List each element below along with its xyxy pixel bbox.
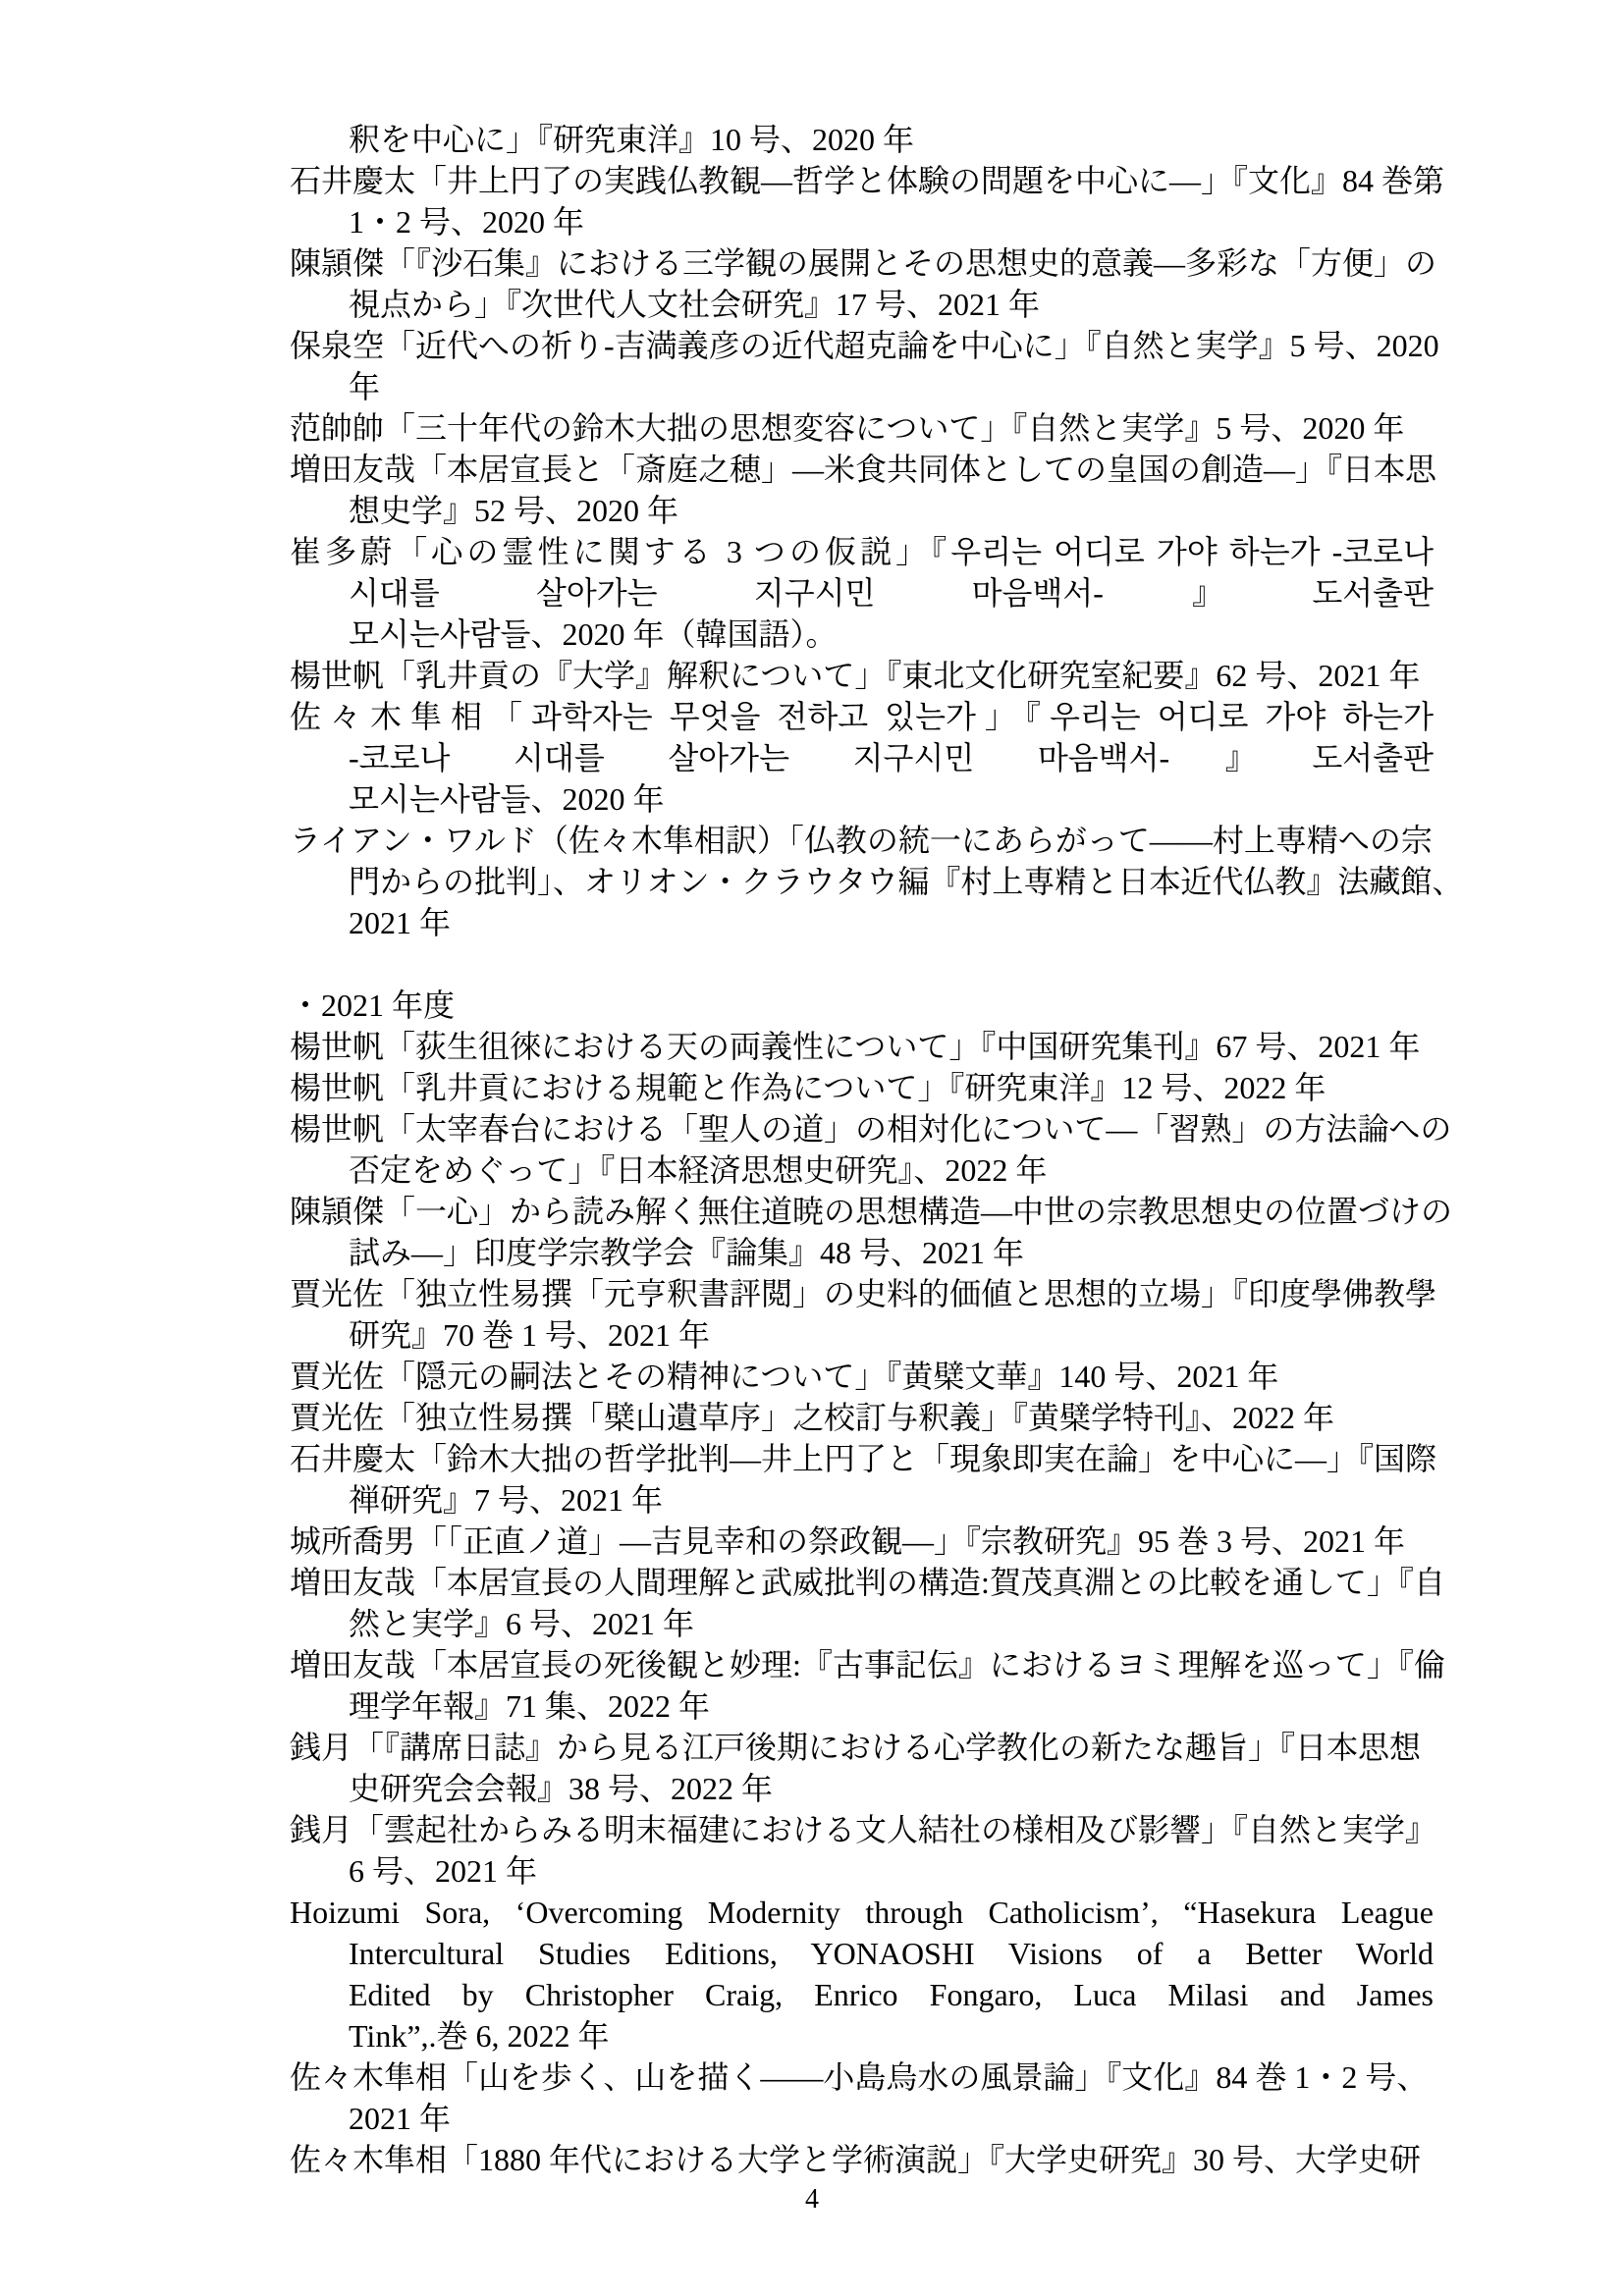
bibliography-line: 1・2 号、2020 年 (349, 201, 1434, 242)
bibliography-line: 石井慶太「鈴木大拙の哲学批判―井上円了と「現象即実在論」を中心に―」『国際 (290, 1438, 1434, 1479)
bibliography-line: 6 号、2021 年 (349, 1850, 1434, 1892)
bibliography-line: 모시는사람들、2020 年 (349, 778, 1434, 820)
bibliography-line: 釈を中心に」『研究東洋』10 号、2020 年 (349, 119, 1434, 160)
bibliography-line: Edited by Christopher Craig, Enrico Fong… (349, 1974, 1434, 2015)
section-heading: ・2021 年度 (290, 985, 1434, 1026)
bibliography-line: 視点から」『次世代人文社会研究』17 号、2021 年 (349, 284, 1434, 325)
bibliography-line: 2021 年 (349, 902, 1434, 943)
bibliography-line: 想史学』52 号、2020 年 (349, 490, 1434, 531)
bibliography-line: -코로나 시대를 살아가는 지구시민 마음백서-』도서출판 (349, 737, 1434, 778)
bibliography-line: 年 (349, 366, 1434, 407)
bibliography-line: 禅研究』7 号、2021 年 (349, 1479, 1434, 1521)
bibliography-line: 賈光佐「独立性易撰「元亨釈書評閲」の史料的価値と思想的立場」『印度學佛教學 (290, 1273, 1434, 1314)
bibliography-line: 崔多蔚「心の霊性に関する 3 つの仮説」『우리는 어디로 가야 하는가 -코로나 (290, 531, 1434, 572)
bibliography-line: 史研究会会報』38 号、2022 年 (349, 1768, 1434, 1809)
bibliography-line: 楊世帆「太宰春台における「聖人の道」の相対化について―「習熟」の方法論への (290, 1108, 1434, 1149)
bibliography-line: 시대를 살아가는 지구시민 마음백서-』도서출판 (349, 572, 1434, 614)
bibliography-line: 増田友哉「本居宣長の死後観と妙理:『古事記伝』におけるヨミ理解を巡って」『倫 (290, 1644, 1434, 1685)
bibliography-line: 佐々木隼相「과학자는 무엇을 전하고 있는가」『우리는 어디로 가야 하는가 (290, 696, 1434, 737)
bibliography-line: 楊世帆「荻生徂徠における天の両義性について」『中国研究集刊』67 号、2021 … (290, 1026, 1434, 1067)
document-page: 釈を中心に」『研究東洋』10 号、2020 年 石井慶太「井上円了の実践仏教観―… (0, 0, 1624, 2296)
bibliography-line: 佐々木隼相「山を歩く、山を描く――小島烏水の風景論」『文化』84 巻 1・2 号… (290, 2056, 1434, 2098)
bibliography-line: ライアン・ワルド（佐々木隼相訳）「仏教の統一にあらがって――村上専精への宗 (290, 820, 1434, 861)
bibliography-line: 佐々木隼相「1880 年代における大学と学術演説」『大学史研究』30 号、大学史… (290, 2139, 1434, 2180)
bibliography-line: 門からの批判」、オリオン・クラウタウ編『村上専精と日本近代仏教』法藏館、 (349, 861, 1434, 902)
bibliography-list: 釈を中心に」『研究東洋』10 号、2020 年 石井慶太「井上円了の実践仏教観―… (290, 119, 1434, 2180)
bibliography-line: 保泉空「近代への祈り-吉満義彦の近代超克論を中心に」『自然と実学』5 号、202… (290, 325, 1434, 366)
bibliography-line: Intercultural Studies Editions, YONAOSHI… (349, 1933, 1434, 1974)
bibliography-line: 城所喬男「「正直ノ道」―吉見幸和の祭政観―」『宗教研究』95 巻 3 号、202… (290, 1521, 1434, 1562)
bibliography-line: 楊世帆「乳井貢の『大学』解釈について」『東北文化研究室紀要』62 号、2021 … (290, 655, 1434, 696)
bibliography-line: 増田友哉「本居宣長の人間理解と武威批判の構造:賀茂真淵との比較を通して」『自 (290, 1562, 1434, 1603)
bibliography-line: 賈光佐「隠元の嗣法とその精神について」『黄檗文華』140 号、2021 年 (290, 1356, 1434, 1397)
bibliography-line: 研究』70 巻 1 号、2021 年 (349, 1314, 1434, 1356)
bibliography-line: 増田友哉「本居宣長と「斎庭之穂」―米食共同体としての皇国の創造―」『日本思 (290, 449, 1434, 490)
bibliography-line: 銭月「『講席日誌』から見る江戸後期における心学教化の新たな趣旨」『日本思想 (290, 1727, 1434, 1768)
bibliography-line: Hoizumi Sora, ‘Overcoming Modernity thro… (290, 1892, 1434, 1933)
bibliography-line: Tink”,.巻 6, 2022 年 (349, 2015, 1434, 2056)
bibliography-line: 然と実学』6 号、2021 年 (349, 1603, 1434, 1644)
bibliography-line: 陳頴傑「『沙石集』における三学観の展開とその思想史的意義―多彩な「方便」の (290, 242, 1434, 284)
bibliography-line: 2021 年 (349, 2098, 1434, 2139)
blank-line (290, 943, 1434, 985)
page-number: 4 (0, 2183, 1624, 2216)
bibliography-line: 試み―」印度学宗教学会『論集』48 号、2021 年 (349, 1232, 1434, 1273)
bibliography-line: 銭月「雲起社からみる明末福建における文人結社の様相及び影響」『自然と実学』 (290, 1809, 1434, 1850)
bibliography-line: 理学年報』71 集、2022 年 (349, 1685, 1434, 1727)
bibliography-line: 모시는사람들、2020 年（韓国語）。 (349, 614, 1434, 655)
bibliography-line: 陳頴傑「一心」から読み解く無住道暁の思想構造―中世の宗教思想史の位置づけの (290, 1191, 1434, 1232)
bibliography-line: 否定をめぐって」『日本経済思想史研究』、2022 年 (349, 1149, 1434, 1191)
bibliography-line: 石井慶太「井上円了の実践仏教観―哲学と体験の問題を中心に―」『文化』84 巻第 (290, 160, 1434, 201)
bibliography-line: 賈光佐「独立性易撰「檗山遺草序」之校訂与釈義」『黄檗学特刊』、2022 年 (290, 1397, 1434, 1438)
bibliography-line: 范帥帥「三十年代の鈴木大拙の思想変容について」『自然と実学』5 号、2020 年 (290, 407, 1434, 449)
bibliography-line: 楊世帆「乳井貢における規範と作為について」『研究東洋』12 号、2022 年 (290, 1067, 1434, 1108)
